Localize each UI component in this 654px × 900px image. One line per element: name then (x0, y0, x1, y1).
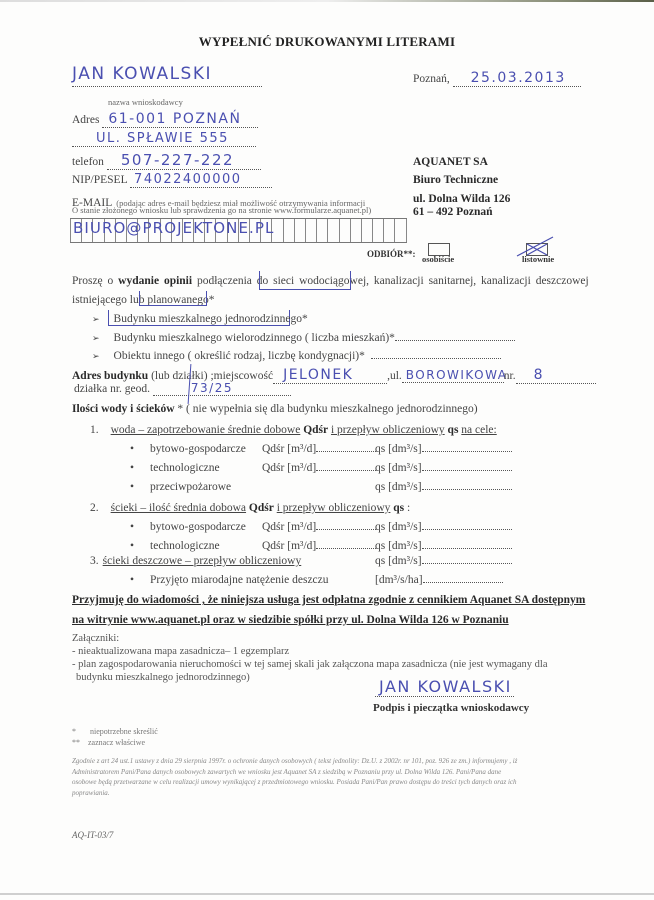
rain-label: Przyjęto miarodajne natężenie deszczu (150, 574, 328, 586)
option-label: Budynku mieszkalnego jednorodzinnego* (114, 313, 308, 325)
qs-field[interactable]: qs [dm³/s] (375, 462, 512, 474)
scan-top-edge (0, 0, 654, 2)
signature-caption: Podpis i pieczątka wnioskodawcy (373, 702, 529, 714)
email-char-cell[interactable] (350, 219, 361, 242)
qs-symbol: qs (393, 502, 404, 514)
email-char-cell[interactable] (294, 219, 305, 242)
section-title-text: na cele: (461, 424, 496, 436)
request-text: istniejącego lub (72, 294, 147, 306)
row-label: bytowo-gospodarcze (150, 443, 246, 455)
email-char-cell[interactable] (394, 219, 406, 242)
footnote-2: **zaznacz właściwe (72, 738, 145, 747)
address-line2: UL. SPŁAWIE 555 (72, 131, 256, 147)
rain-input[interactable] (423, 582, 503, 583)
applicant-name-caption: nazwa wnioskodawcy (108, 97, 183, 107)
pickup-mail-label: listownie (522, 254, 554, 264)
bullet-icon: • (130, 574, 134, 586)
q-input[interactable] (316, 470, 376, 471)
qs-unit: qs [dm³/s] (375, 443, 422, 455)
section-title-text: woda – zapotrzebowanie średnie dobowe (111, 424, 301, 436)
street-label: ul. (390, 370, 402, 382)
footnote-text: zaznacz właściwe (88, 738, 145, 747)
quantities-heading-bold: Ilości wody i ścieków (72, 403, 175, 415)
signature-value: JAN KOWALSKI (375, 677, 514, 697)
email-char-cell[interactable] (305, 219, 316, 242)
section-number: 3. (90, 555, 99, 567)
arrow-bullet-icon: ➢ (92, 314, 100, 324)
privacy-line: poprawiania. (72, 788, 517, 799)
building-street-value[interactable]: BOROWIKOWA (402, 368, 504, 383)
footnote-1: *niepotrzebne skreślić (72, 727, 158, 736)
privacy-notice: Zgodnie z art 24 ust.1 ustawy z dnia 29 … (72, 756, 517, 798)
email-char-cell[interactable] (283, 219, 294, 242)
q-field[interactable]: Qdśr [m³/d] (262, 521, 376, 533)
multi-count-field[interactable] (395, 340, 515, 341)
section-title-text: i przepływ obliczeniowy (331, 424, 445, 436)
notice-line-2: na witrynie www.aquanet.pl oraz w siedzi… (72, 614, 509, 626)
applicant-name-value: JAN KOWALSKI (72, 64, 262, 87)
bullet-icon: • (130, 481, 134, 493)
qs-unit: qs [dm³/s] (375, 555, 422, 567)
phone-field[interactable]: telefon 507-227-222 (72, 151, 261, 170)
quantity-row-label: •bytowo-gospodarcze (130, 443, 246, 455)
plot-label: działka nr. geod. (74, 383, 150, 395)
qs-input[interactable] (422, 563, 512, 564)
attachment-item: - plan zagospodarowania nieruchomości w … (72, 658, 548, 671)
recipient-company: AQUANET SA (413, 156, 488, 168)
quantity-row-label: •technologiczne (130, 540, 220, 552)
recipient-street: ul. Dolna Wilda 126 (413, 193, 510, 205)
email-char-cell[interactable] (372, 219, 383, 242)
rain-row: •Przyjęto miarodajne natężenie deszczu (130, 574, 329, 586)
phone-label: telefon (72, 156, 104, 168)
qs-input[interactable] (422, 489, 512, 490)
qs-input[interactable] (422, 529, 512, 530)
q-input[interactable] (316, 548, 376, 549)
qs-unit: qs [dm³/s] (375, 481, 422, 493)
section-2-title: 2.ścieki – ilość średnia dobowa Qdśr i p… (90, 502, 410, 514)
q-input[interactable] (316, 451, 376, 452)
row-label: technologiczne (150, 540, 220, 552)
qs-field[interactable]: qs [dm³/s] (375, 443, 512, 455)
address-field[interactable]: Adres 61-001 POZNAŃ (72, 111, 258, 128)
qs-input[interactable] (422, 451, 512, 452)
row-label: przeciwpożarowe (150, 481, 231, 493)
number-label: nr. (504, 370, 516, 382)
signature-field[interactable]: JAN KOWALSKI (375, 677, 514, 697)
recipient-department: Biuro Techniczne (413, 174, 498, 186)
attachment-item: - nieaktualizowana mapa zasadnicza– 1 eg… (72, 645, 548, 658)
section-number: 2. (90, 502, 99, 514)
request-text: Proszę o (72, 275, 118, 287)
q-unit: Qdśr [m³/d] (262, 443, 316, 455)
section-number: 1. (90, 424, 99, 436)
option-label: Budynku mieszkalnego wielorodzinnego ( l… (114, 332, 395, 344)
section-1-title: 1.woda – zapotrzebowanie średnie dobowe … (90, 424, 497, 436)
request-text: kanalizacji sanitarnej, kanalizacji desz… (369, 275, 589, 287)
email-char-cell[interactable] (316, 219, 327, 242)
q-symbol: Qdśr (249, 502, 274, 514)
section-title-text: ścieki – ilość średnia dobowa (111, 502, 246, 514)
building-number-value[interactable]: 8 (516, 367, 596, 384)
email-value: BIURO@PROJEKTONE.PL (73, 219, 275, 237)
section-title-text: ścieki deszczowe – przepływ obliczeniowy (103, 555, 302, 567)
q-unit: Qdśr [m³/d] (262, 462, 316, 474)
nip-field[interactable]: NIP/PESEL 74022400000 (72, 172, 272, 188)
section-3-qs-field[interactable]: qs [dm³/s] (375, 555, 512, 567)
quantity-row-label: •przeciwpożarowe (130, 481, 231, 493)
q-unit: Qdśr [m³/d] (262, 521, 316, 533)
bullet-icon: • (130, 540, 134, 552)
date-field[interactable]: Poznań, 25.03.2013 (413, 70, 581, 87)
applicant-name-field[interactable]: JAN KOWALSKI (72, 64, 262, 87)
address-label: Adres (72, 114, 99, 126)
footnote-mark: ** (72, 738, 88, 747)
email-char-cell[interactable] (361, 219, 372, 242)
section-title-text: i przepływ obliczeniowy (277, 502, 391, 514)
building-option-single[interactable]: ➢Budynku mieszkalnego jednorodzinnego* (92, 313, 308, 325)
selection-bracket-planned (139, 291, 207, 306)
plot-row: działka nr. geod. 73/25 (74, 381, 291, 396)
bullet-icon: • (130, 521, 134, 533)
q-unit: Qdśr [m³/d] (262, 540, 316, 552)
qs-field[interactable]: qs [dm³/s] (375, 521, 512, 533)
row-label: technologiczne (150, 462, 220, 474)
email-note-2: O stanie złożonego wniosku lub sprawdzen… (72, 205, 371, 215)
qs-symbol: qs (448, 424, 459, 436)
q-input[interactable] (316, 529, 376, 530)
q-field[interactable]: Qdśr [m³/d] (262, 462, 376, 474)
pickup-personal-label: osobiście (422, 254, 454, 264)
rain-field[interactable]: [dm³/s/ha] (375, 574, 503, 586)
arrow-bullet-icon: ➢ (92, 333, 100, 343)
other-object-field[interactable] (371, 358, 501, 359)
footnote-text: niepotrzebne skreślić (90, 727, 158, 736)
arrow-bullet-icon: ➢ (92, 351, 100, 361)
qs-input[interactable] (422, 470, 512, 471)
nip-value: 74022400000 (130, 172, 272, 188)
recipient-city: 61 – 492 Poznań (413, 206, 493, 218)
address-line2-field[interactable]: UL. SPŁAWIE 555 (72, 131, 256, 147)
qs-input[interactable] (422, 548, 512, 549)
option-label: Obiektu innego ( określić rodzaj, liczbę… (114, 350, 365, 362)
rain-unit: [dm³/s/ha] (375, 574, 423, 586)
qs-unit: qs [dm³/s] (375, 521, 422, 533)
email-char-cell[interactable] (339, 219, 350, 242)
date-value: 25.03.2013 (453, 70, 581, 87)
address-line1: 61-001 POZNAŃ (102, 111, 258, 128)
quantity-row-label: •technologiczne (130, 462, 220, 474)
plot-value[interactable]: 73/25 (153, 381, 291, 396)
q-field[interactable]: Qdśr [m³/d] (262, 540, 376, 552)
row-label: bytowo-gospodarcze (150, 521, 246, 533)
pickup-label: ODBIÓR**: (367, 249, 416, 259)
qs-field[interactable]: qs [dm³/s] (375, 540, 512, 552)
section-3-title: 3.ścieki deszczowe – przepływ obliczenio… (90, 555, 301, 567)
scan-bottom-edge (0, 893, 654, 895)
form-title: WYPEŁNIĆ DRUKOWANYMI LITERAMI (0, 34, 654, 50)
quantities-heading: Ilości wody i ścieków * ( nie wypełnia s… (72, 403, 478, 415)
building-option-multi[interactable]: ➢Budynku mieszkalnego wielorodzinnego ( … (92, 332, 515, 344)
place-label: Poznań, (413, 73, 450, 85)
quantity-row-label: •bytowo-gospodarcze (130, 521, 246, 533)
phone-value: 507-227-222 (107, 151, 261, 170)
privacy-line: Administratorem Pani/Pana danych osobowy… (72, 767, 517, 778)
email-char-cell[interactable] (327, 219, 338, 242)
selection-bracket-water (259, 271, 351, 290)
attachments-label: Załączniki: (72, 632, 548, 645)
q-symbol: Qdśr (303, 424, 328, 436)
qs-field[interactable]: qs [dm³/s] (375, 481, 512, 493)
building-option-other[interactable]: ➢Obiektu innego ( określić rodzaj, liczb… (92, 350, 501, 362)
quantities-heading-rest: * ( nie wypełnia się dla budynku mieszka… (175, 403, 478, 415)
form-code: AQ-IT-03/7 (72, 830, 113, 840)
nip-label: NIP/PESEL (72, 174, 127, 186)
privacy-line: Zgodnie z art 24 ust.1 ustawy z dnia 29 … (72, 756, 517, 767)
notice-line-1: Przyjmuję do wiadomości , że niniejsza u… (72, 594, 585, 606)
request-bold-text: wydanie opinii (118, 275, 192, 287)
footnote-mark: * (72, 727, 90, 736)
q-field[interactable]: Qdśr [m³/d] (262, 443, 376, 455)
privacy-line: osobowe będą przetwarzane w celu realiza… (72, 777, 517, 788)
bullet-icon: • (130, 443, 134, 455)
qs-unit: qs [dm³/s] (375, 462, 422, 474)
email-char-cell[interactable] (383, 219, 394, 242)
qs-unit: qs [dm³/s] (375, 540, 422, 552)
bullet-icon: • (130, 462, 134, 474)
